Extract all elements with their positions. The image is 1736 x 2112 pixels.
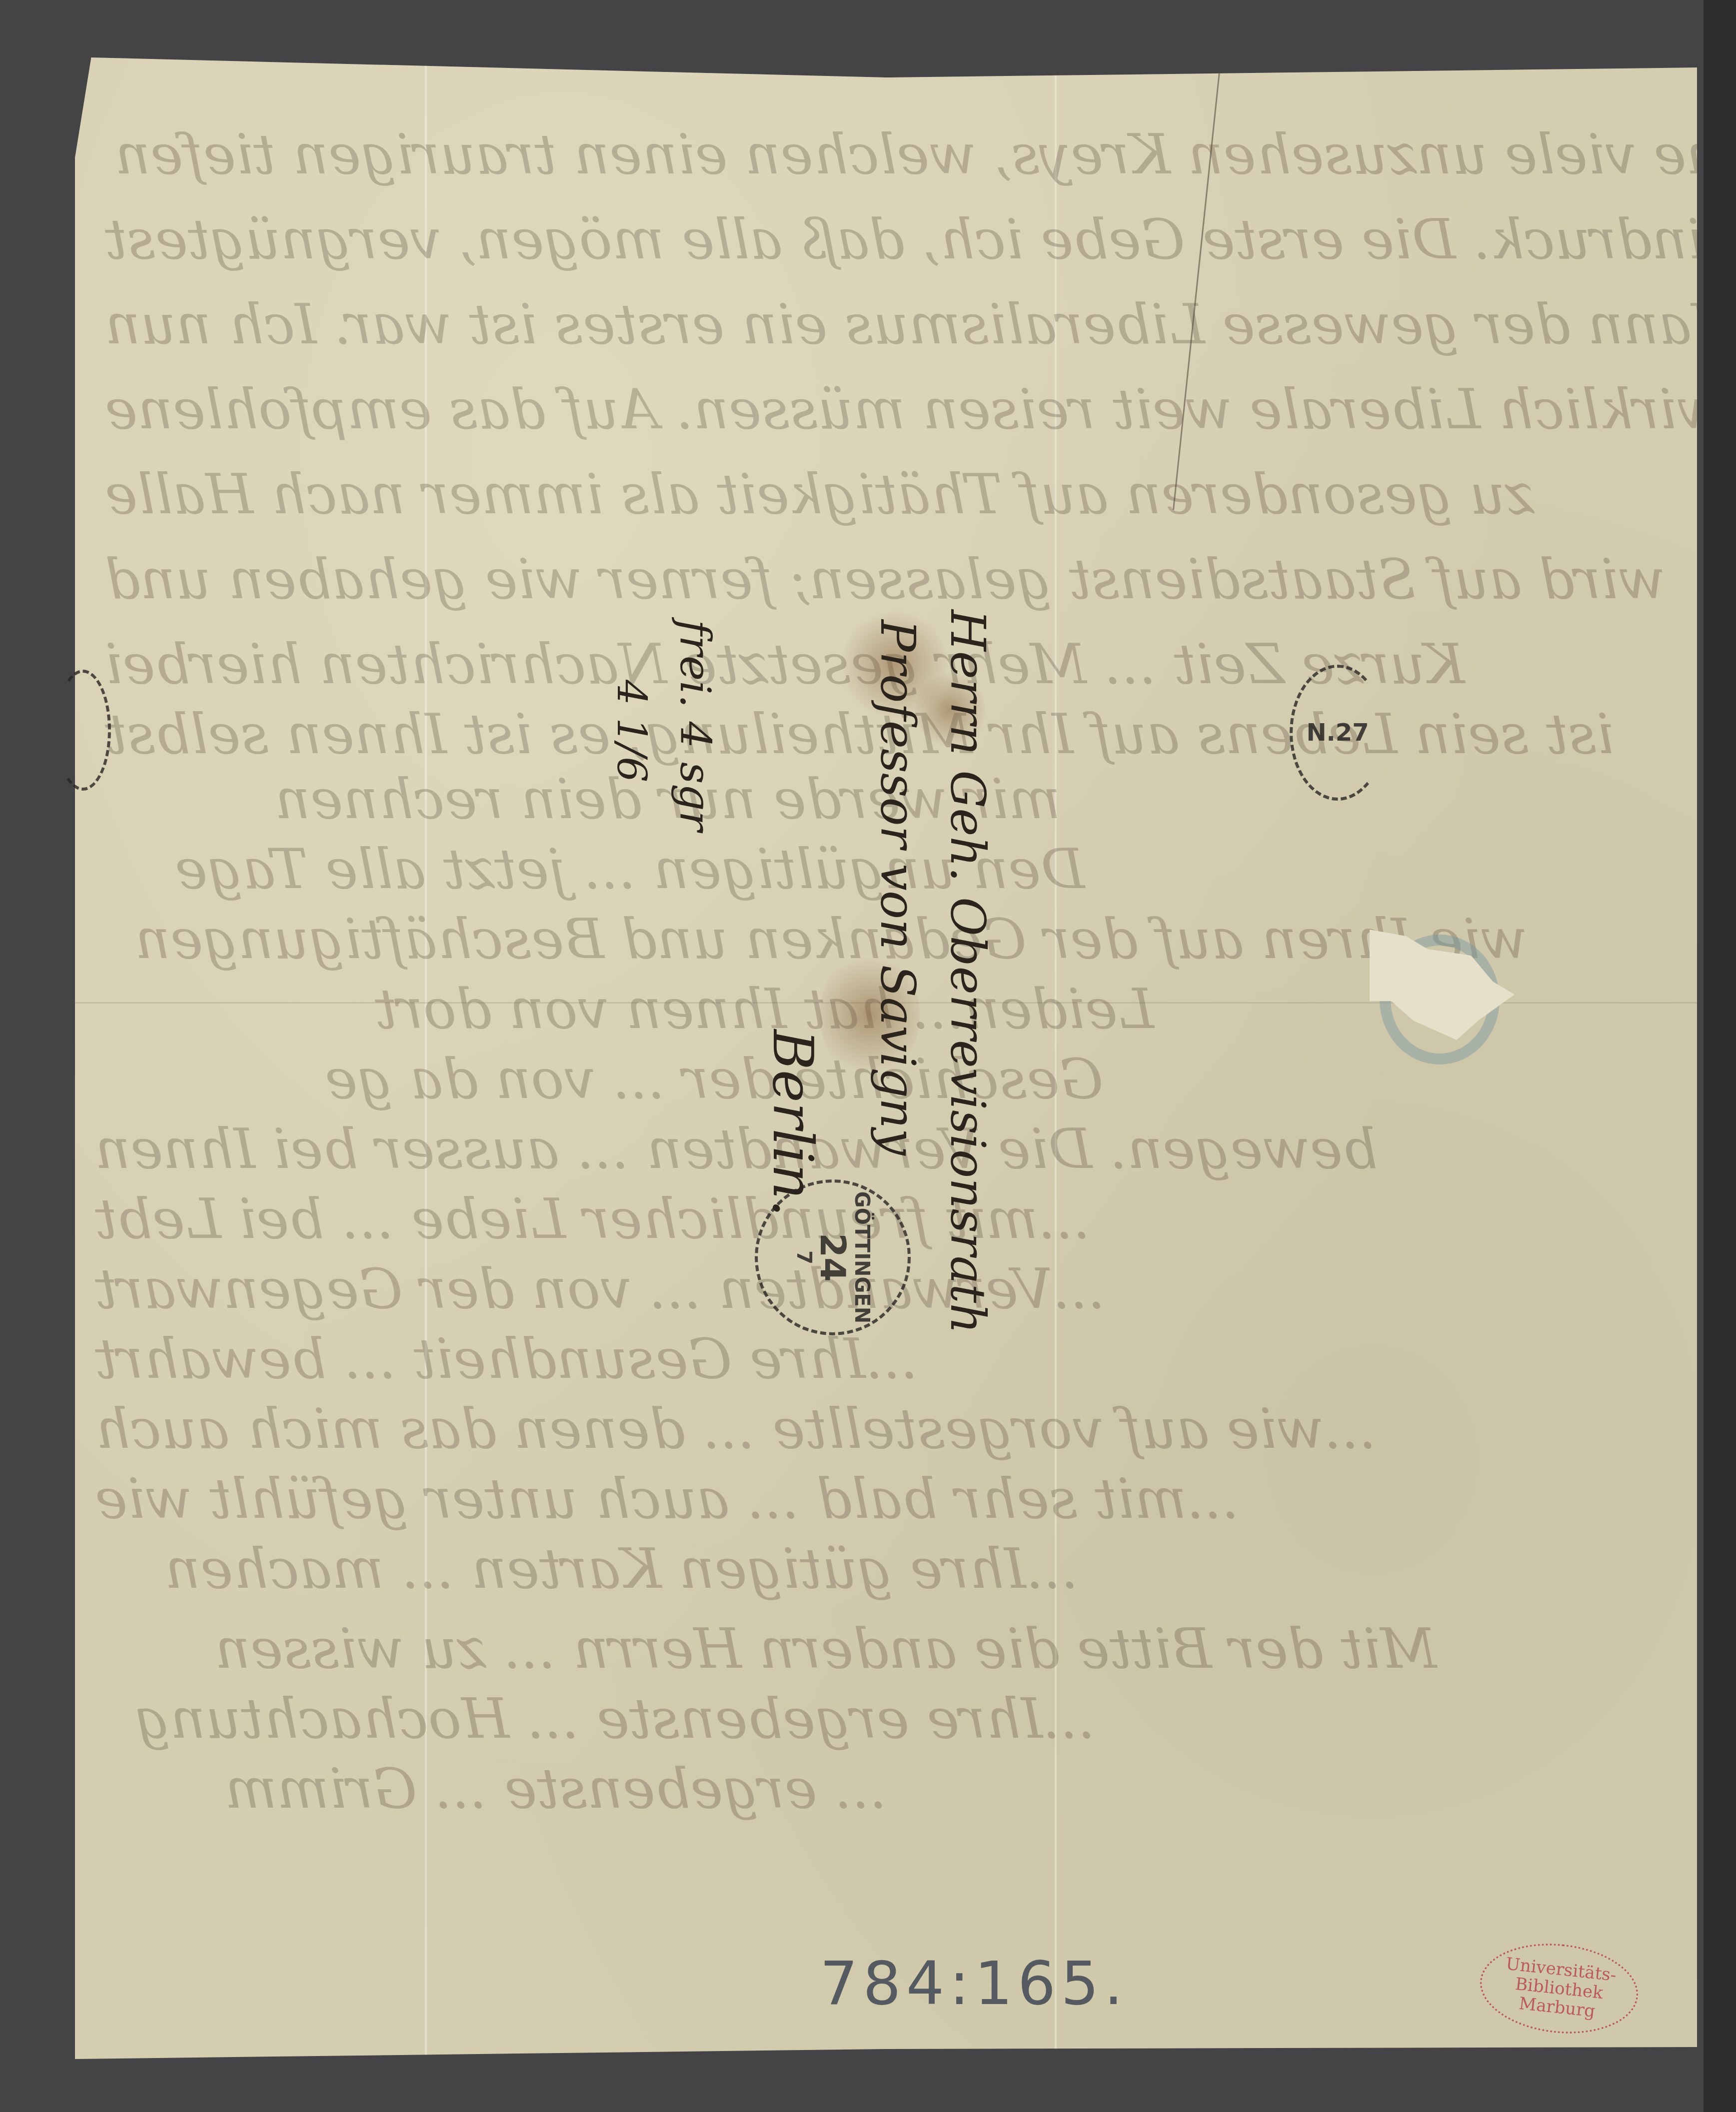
bleed-line: ...Ihre Gesundheit ... bewahrt [95, 1327, 918, 1391]
bleed-line: ...Ihre ergebenste ... Hochachtung [135, 1687, 1095, 1751]
bleed-line: ...mit sehr bald ... auch unter gefühlt … [95, 1467, 1239, 1531]
address-recipient-name: Professor von Savigny [870, 620, 925, 1155]
postmark-month: 7 [792, 1191, 815, 1323]
bleed-line: ...wie auf vorgestellte ... denen das mi… [95, 1397, 1377, 1461]
postmark-partial-edge [55, 670, 111, 791]
postmark-gottingen: GÖTTINGEN 24 7 [755, 1179, 911, 1335]
bleed-line: wird auf Staatsdienst gelassen; ferner w… [105, 547, 1666, 611]
address-recipient-title: Herrn Geh. Oberrevisionsrath [940, 610, 995, 1334]
bleed-line: zu seine viele unzusehen Kreys, welchen … [115, 122, 1736, 186]
bleed-line: ...Ihre gütigen Karten ... machen [165, 1537, 1078, 1601]
postage-note: frei. 4 sgr [670, 620, 720, 831]
postage-value: 4 1/6 [608, 680, 655, 782]
postmark-day: 24 [815, 1191, 850, 1323]
scan-background-edge [1704, 0, 1736, 2112]
bleed-line: Eindruck. Die erste Gebe ich, daß alle m… [105, 207, 1736, 271]
postmark-partial: N.27 [1290, 665, 1386, 801]
shelfmark: 784:165. [820, 1949, 1128, 2019]
bleed-line: Leute Mann der gewesse Liberalismus ein … [105, 292, 1736, 356]
postmark-partial-text: N.27 [1306, 719, 1369, 747]
bleed-line: Mit der Bitte die andern Herrn ... zu wi… [215, 1617, 1437, 1681]
bleed-line: werde wirklich Liberale weit reisen müss… [105, 377, 1736, 441]
postmark-town: GÖTTINGEN [850, 1191, 873, 1323]
bleed-line: zu gesonderen auf Thätigkeit als immer n… [105, 462, 1534, 526]
bleed-line: ... ergebenste ... Grimm [225, 1757, 887, 1821]
